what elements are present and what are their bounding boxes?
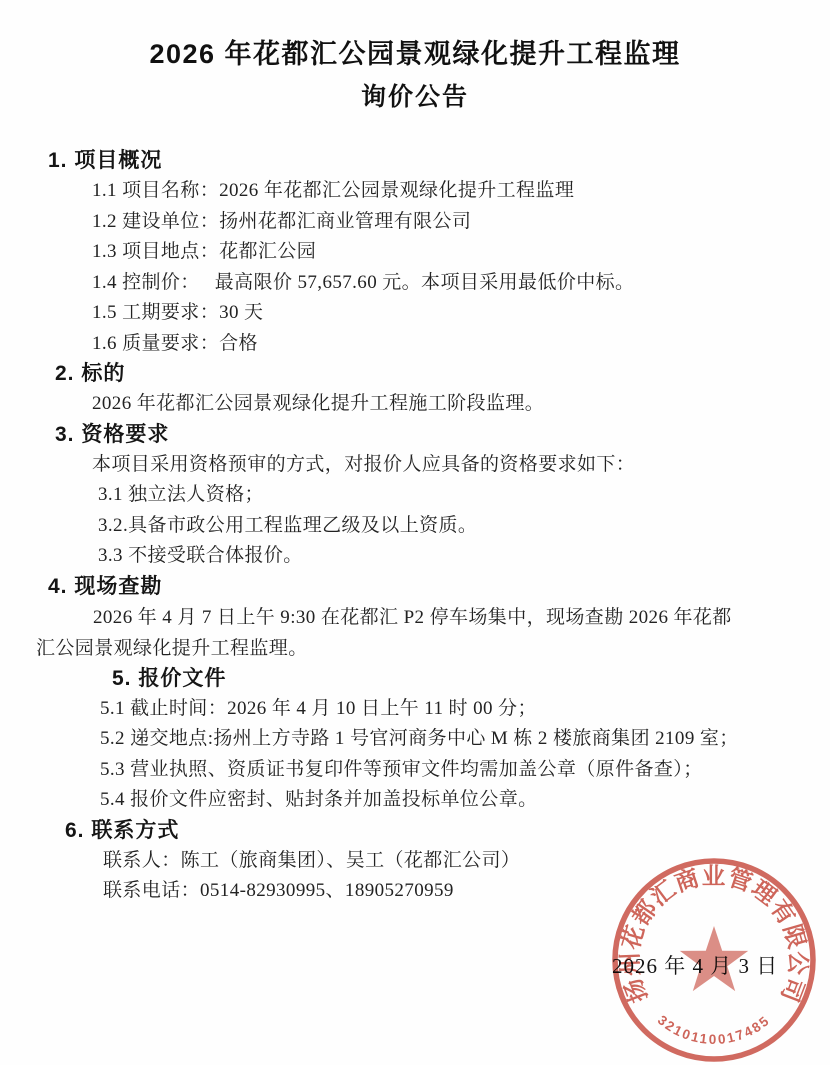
seal-number-text: 3210110017485: [655, 1012, 773, 1047]
document-subtitle: 询价公告: [0, 80, 830, 114]
document-body: 1. 项目概况 1.1 项目名称：2026 年花都汇公园景观绿化提升工程监理 1…: [0, 146, 830, 907]
section-3-heading: 3. 资格要求: [55, 420, 830, 450]
company-seal: 扬州花都汇商业管理有限公司 3210110017485: [609, 855, 819, 1065]
quotation-sealing-requirement-line: 5.4 报价文件应密封、贴封条并加盖投标单位公章。: [100, 785, 830, 816]
project-location-line: 1.3 项目地点：花都汇公园: [92, 237, 830, 268]
section-5-heading: 5. 报价文件: [112, 664, 830, 694]
subject-matter-line: 2026 年花都汇公园景观绿化提升工程施工阶段监理。: [92, 389, 830, 420]
quotation-deadline-line: 5.1 截止时间：2026 年 4 月 10 日上午 11 时 00 分；: [100, 694, 830, 725]
quotation-address-line: 5.2 递交地点:扬州上方寺路 1 号官河商务中心 M 栋 2 楼旅商集团 21…: [100, 724, 830, 755]
qualification-item-line: 3.3 不接受联合体报价。: [98, 541, 830, 572]
duration-requirement-line: 1.5 工期要求：30 天: [92, 298, 830, 329]
construction-unit-line: 1.2 建设单位：扬州花都汇商业管理有限公司: [92, 207, 830, 238]
project-name-line: 1.1 项目名称：2026 年花都汇公园景观绿化提升工程监理: [92, 176, 830, 207]
quotation-stamp-requirement-line: 5.3 营业执照、资质证书复印件等预审文件均需加盖公章（原件备查）；: [100, 755, 830, 786]
document-title: 2026 年花都汇公园景观绿化提升工程监理: [0, 36, 830, 72]
control-price-line: 1.4 控制价： 最高限价 57,657.60 元。本项目采用最低价中标。: [92, 268, 830, 299]
seal-star-icon: [680, 926, 748, 991]
qualification-item-line: 3.1 独立法人资格；: [98, 480, 830, 511]
quality-requirement-line: 1.6 质量要求：合格: [92, 329, 830, 360]
qualification-intro-line: 本项目采用资格预审的方式，对报价人应具备的资格要求如下：: [92, 450, 830, 481]
section-4-heading: 4. 现场查勘: [48, 572, 830, 602]
svg-text:3210110017485: 3210110017485: [655, 1012, 773, 1047]
section-6-heading: 6. 联系方式: [65, 816, 830, 846]
section-2-heading: 2. 标的: [55, 359, 830, 389]
site-survey-paragraph: 2026 年 4 月 7 日上午 9:30 在花都汇 P2 停车场集中，现场查勘…: [36, 602, 804, 664]
qualification-item-line: 3.2.具备市政公用工程监理乙级及以上资质。: [98, 511, 830, 542]
section-1-heading: 1. 项目概况: [48, 146, 830, 176]
document-page: 2026 年花都汇公园景观绿化提升工程监理 询价公告 1. 项目概况 1.1 项…: [0, 0, 830, 1065]
title-block: 2026 年花都汇公园景观绿化提升工程监理 询价公告: [0, 36, 830, 114]
